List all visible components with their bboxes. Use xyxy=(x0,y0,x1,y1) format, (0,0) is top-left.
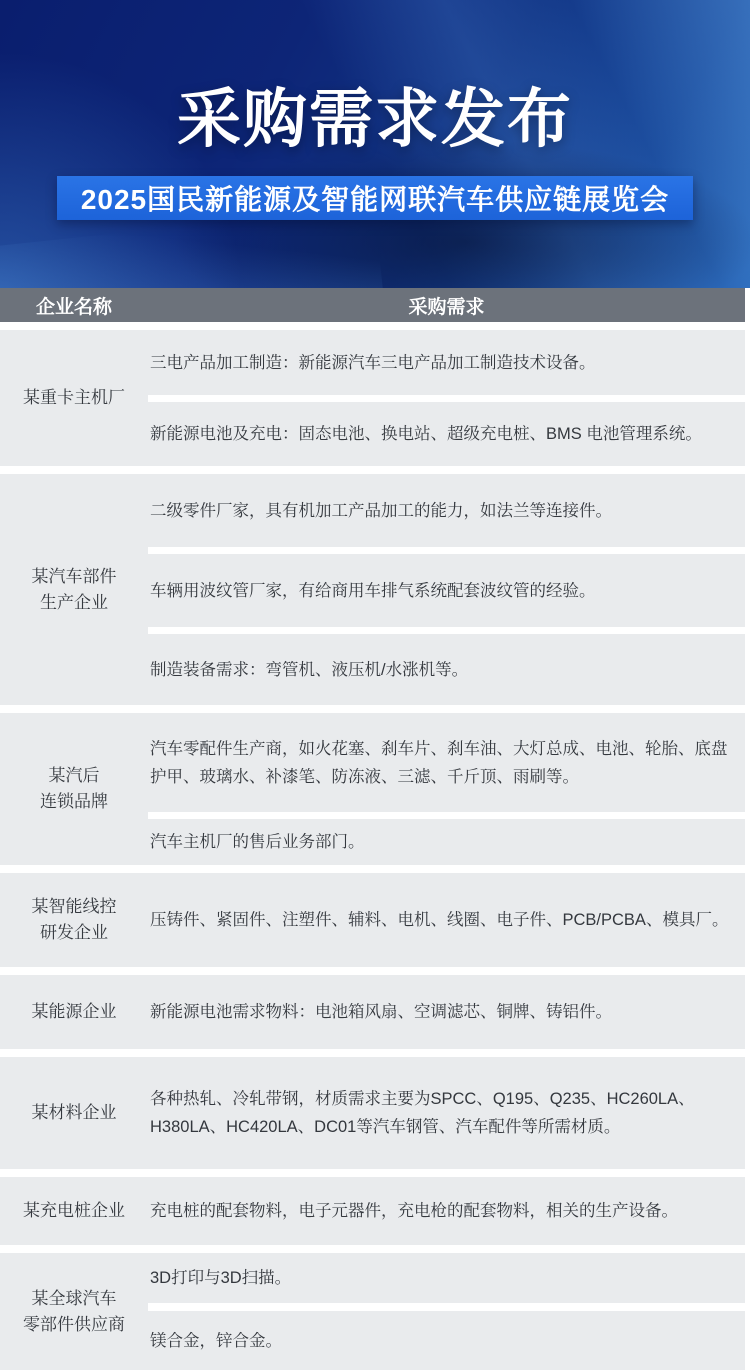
sub-row-divider xyxy=(148,395,745,402)
requirement-cell: 制造装备需求：弯管机、液压机/水涨机等。 xyxy=(148,634,745,705)
requirement-cell: 压铸件、紧固件、注塑件、辅料、电机、线圈、电子件、PCB/PCBA、模具厂。 xyxy=(148,873,745,967)
requirements-column: 压铸件、紧固件、注塑件、辅料、电机、线圈、电子件、PCB/PCBA、模具厂。 xyxy=(148,873,745,967)
company-cell: 某全球汽车 零部件供应商 xyxy=(0,1253,148,1370)
requirements-column: 充电桩的配套物料，电子元器件，充电枪的配套物料，相关的生产设备。 xyxy=(148,1177,745,1245)
sub-row-divider xyxy=(148,627,745,634)
table-header-row: 企业名称 采购需求 xyxy=(0,288,745,322)
requirements-column: 各种热轧、冷轧带钢，材质需求主要为SPCC、Q195、Q235、HC260LA、… xyxy=(148,1057,745,1169)
requirements-column: 汽车零配件生产商，如火花塞、刹车片、刹车油、大灯总成、电池、轮胎、底盘护甲、玻璃… xyxy=(148,713,745,865)
procurement-table: 企业名称 采购需求 某重卡主机厂 三电产品加工制造：新能源汽车三电产品加工制造技… xyxy=(0,288,745,1370)
requirement-cell: 汽车主机厂的售后业务部门。 xyxy=(148,819,745,865)
requirement-cell: 二级零件厂家，具有机加工产品加工的能力，如法兰等连接件。 xyxy=(148,474,745,547)
requirement-cell: 三电产品加工制造：新能源汽车三电产品加工制造技术设备。 xyxy=(148,330,745,395)
company-cell: 某智能线控 研发企业 xyxy=(0,873,148,967)
company-cell: 某材料企业 xyxy=(0,1057,148,1169)
requirements-column: 三电产品加工制造：新能源汽车三电产品加工制造技术设备。 新能源电池及充电：固态电… xyxy=(148,330,745,466)
column-header-company: 企业名称 xyxy=(0,288,148,322)
requirements-column: 二级零件厂家，具有机加工产品加工的能力，如法兰等连接件。 车辆用波纹管厂家，有给… xyxy=(148,474,745,705)
requirement-cell: 车辆用波纹管厂家，有给商用车排气系统配套波纹管的经验。 xyxy=(148,554,745,627)
company-cell: 某充电桩企业 xyxy=(0,1177,148,1245)
table-row: 某汽车部件 生产企业 二级零件厂家，具有机加工产品加工的能力，如法兰等连接件。 … xyxy=(0,474,745,705)
table-row: 某充电桩企业 充电桩的配套物料，电子元器件，充电枪的配套物料，相关的生产设备。 xyxy=(0,1177,745,1245)
event-banner-text: 2025国民新能源及智能网联汽车供应链展览会 xyxy=(81,178,669,218)
requirement-cell: 汽车零配件生产商，如火花塞、刹车片、刹车油、大灯总成、电池、轮胎、底盘护甲、玻璃… xyxy=(148,713,745,812)
event-banner: 2025国民新能源及智能网联汽车供应链展览会 xyxy=(57,176,693,220)
requirement-cell: 充电桩的配套物料，电子元器件，充电枪的配套物料，相关的生产设备。 xyxy=(148,1177,745,1245)
table-row: 某智能线控 研发企业 压铸件、紧固件、注塑件、辅料、电机、线圈、电子件、PCB/… xyxy=(0,873,745,967)
sub-row-divider xyxy=(148,547,745,554)
sub-row-divider xyxy=(148,1303,745,1311)
company-cell: 某重卡主机厂 xyxy=(0,330,148,466)
requirement-cell: 新能源电池需求物料：电池箱风扇、空调滤芯、铜牌、铸铝件。 xyxy=(148,975,745,1049)
company-cell: 某汽后 连锁品牌 xyxy=(0,713,148,865)
table-row: 某重卡主机厂 三电产品加工制造：新能源汽车三电产品加工制造技术设备。 新能源电池… xyxy=(0,330,745,466)
page-title: 采购需求发布 xyxy=(0,0,750,156)
hero-section: 采购需求发布 2025国民新能源及智能网联汽车供应链展览会 xyxy=(0,0,750,288)
requirement-cell: 各种热轧、冷轧带钢，材质需求主要为SPCC、Q195、Q235、HC260LA、… xyxy=(148,1057,745,1169)
requirement-cell: 新能源电池及充电：固态电池、换电站、超级充电桩、BMS 电池管理系统。 xyxy=(148,402,745,466)
requirement-cell: 3D打印与3D扫描。 xyxy=(148,1253,745,1303)
table-row: 某能源企业 新能源电池需求物料：电池箱风扇、空调滤芯、铜牌、铸铝件。 xyxy=(0,975,745,1049)
table-row: 某汽后 连锁品牌 汽车零配件生产商，如火花塞、刹车片、刹车油、大灯总成、电池、轮… xyxy=(0,713,745,865)
procurement-poster: 采购需求发布 2025国民新能源及智能网联汽车供应链展览会 企业名称 采购需求 … xyxy=(0,0,750,1370)
column-header-requirements: 采购需求 xyxy=(148,288,745,322)
company-cell: 某能源企业 xyxy=(0,975,148,1049)
table-row: 某全球汽车 零部件供应商 3D打印与3D扫描。 镁合金，锌合金。 xyxy=(0,1253,745,1370)
sub-row-divider xyxy=(148,812,745,819)
requirements-column: 新能源电池需求物料：电池箱风扇、空调滤芯、铜牌、铸铝件。 xyxy=(148,975,745,1049)
requirement-cell: 镁合金，锌合金。 xyxy=(148,1311,745,1370)
requirements-column: 3D打印与3D扫描。 镁合金，锌合金。 xyxy=(148,1253,745,1370)
company-cell: 某汽车部件 生产企业 xyxy=(0,474,148,705)
table-row: 某材料企业 各种热轧、冷轧带钢，材质需求主要为SPCC、Q195、Q235、HC… xyxy=(0,1057,745,1169)
